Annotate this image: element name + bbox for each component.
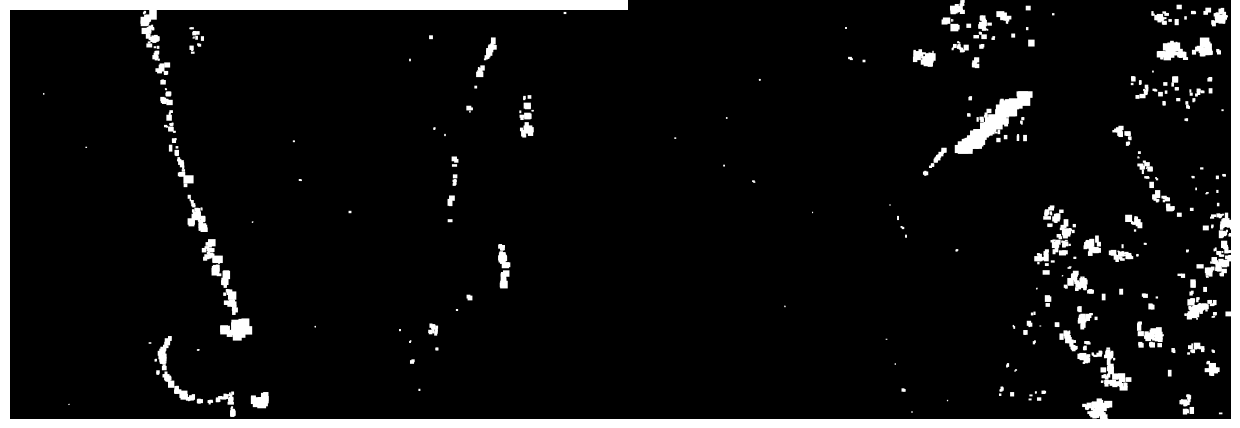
binary-mask-figure — [0, 0, 1240, 428]
binary-mask-canvas — [0, 0, 1240, 428]
